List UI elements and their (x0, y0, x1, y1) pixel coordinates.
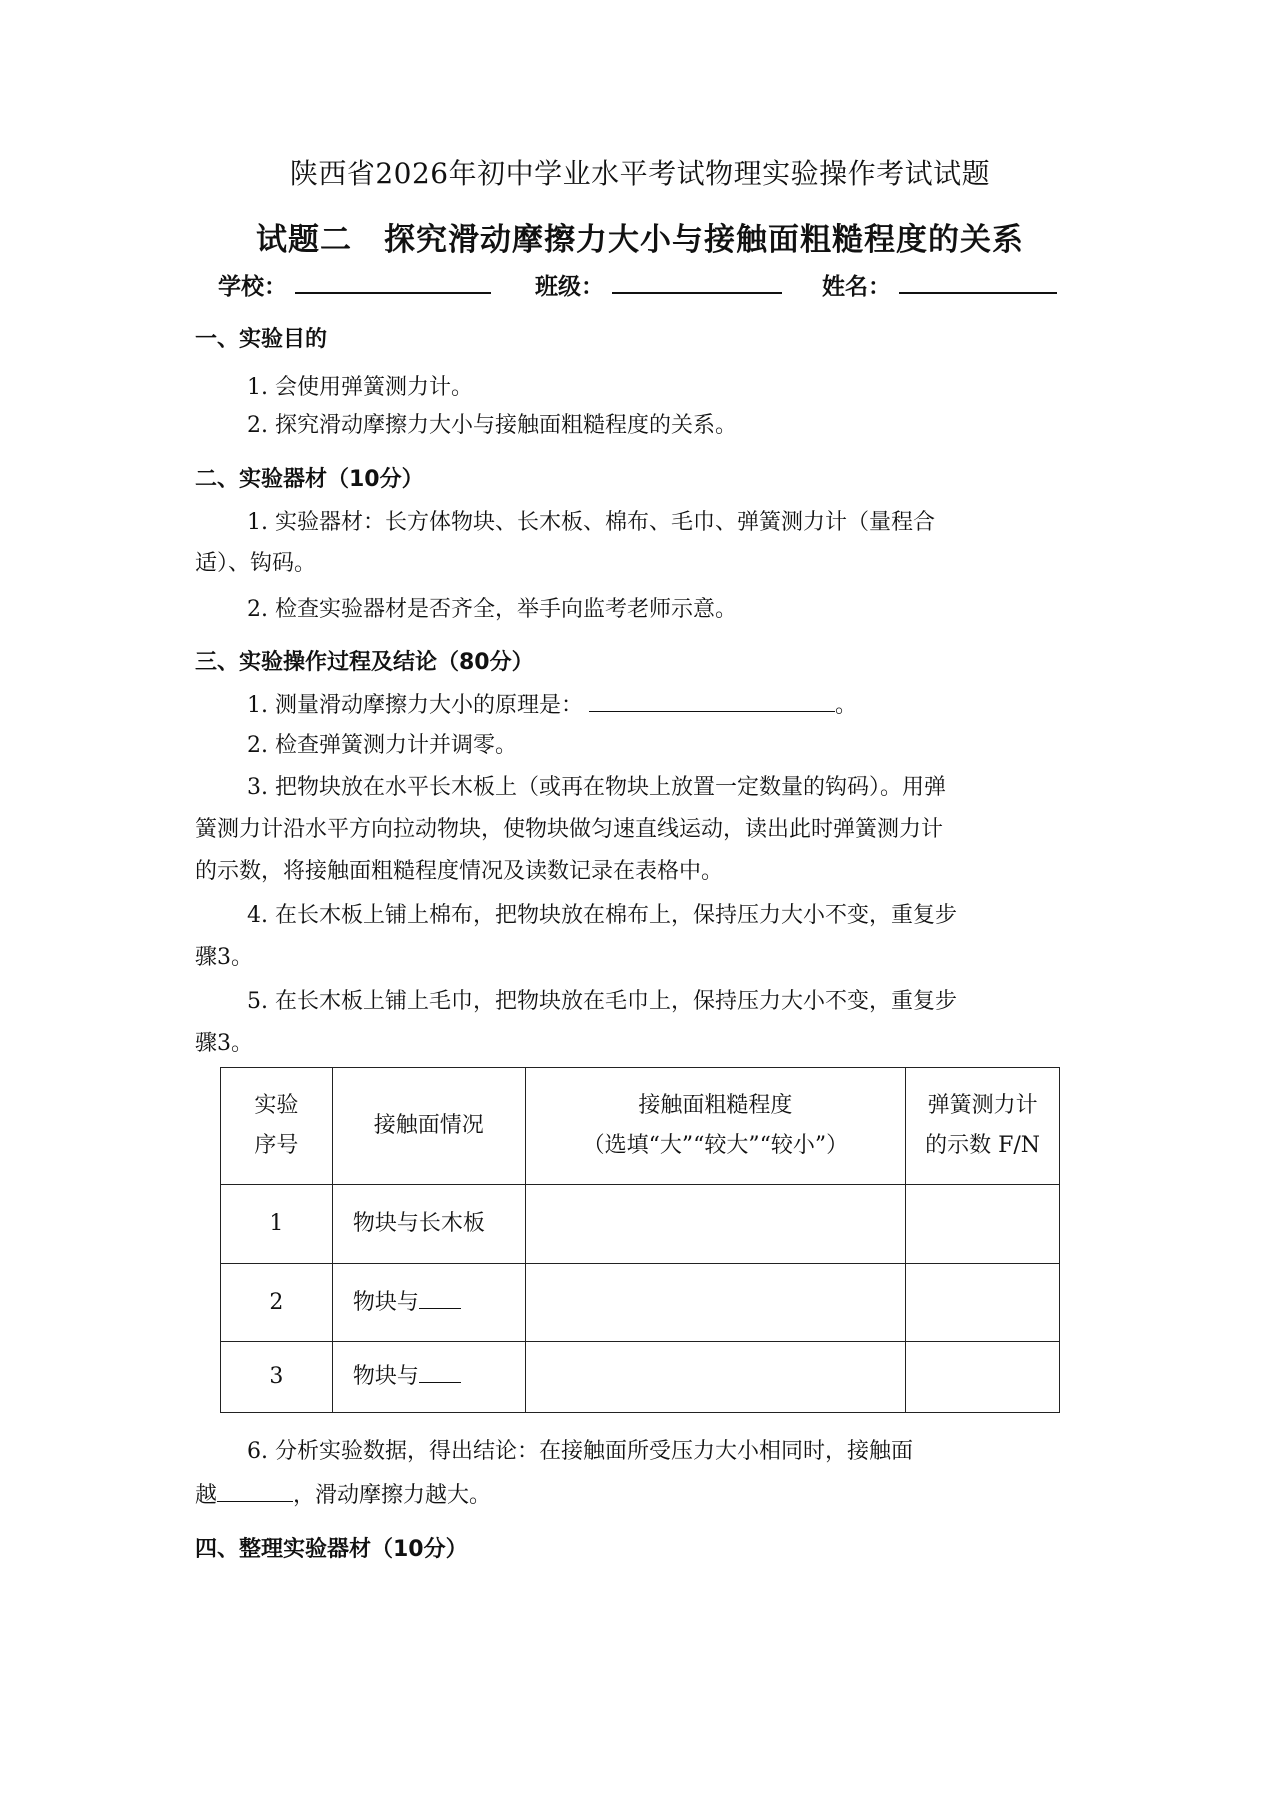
step-2: 2. 检查弹簧测力计并调零。 (247, 728, 517, 759)
step-6-line-1: 6. 分析实验数据，得出结论：在接触面所受压力大小相同时，接触面 (247, 1434, 913, 1465)
step-3-line-3: 的示数，将接触面粗糙程度情况及读数记录在表格中。 (195, 854, 723, 885)
surface-blank[interactable] (419, 1288, 461, 1309)
step-1-text: 1. 测量滑动摩擦力大小的原理是： (247, 693, 583, 718)
class-input[interactable] (612, 268, 782, 294)
data-table: 实验 序号 接触面情况 接触面粗糙程度 （选填“大”“较大”“较小”） 弹簧测力… (220, 1067, 1060, 1413)
header-surface: 接触面情况 (332, 1068, 525, 1185)
trial-no: 3 (221, 1342, 333, 1413)
table-row: 3 物块与 (221, 1342, 1060, 1413)
step-3-line-1: 3. 把物块放在水平长木板上（或再在物块上放置一定数量的钩码）。用弹 (247, 770, 946, 801)
name-input[interactable] (899, 268, 1057, 294)
principle-answer-blank[interactable] (589, 691, 835, 712)
objective-1: 1. 会使用弹簧测力计。 (247, 370, 473, 401)
surface-blank[interactable] (419, 1362, 461, 1383)
step-5-line-1: 5. 在长木板上铺上毛巾，把物块放在毛巾上，保持压力大小不变，重复步 (247, 984, 957, 1015)
table-row: 2 物块与 (221, 1264, 1060, 1342)
roughness-input[interactable] (525, 1264, 906, 1342)
equipment-check: 2. 检查实验器材是否齐全，举手向监考老师示意。 (247, 592, 737, 623)
section-1-heading: 一、实验目的 (195, 322, 327, 353)
name-field: 姓名： (822, 268, 1057, 301)
roughness-input[interactable] (525, 1185, 906, 1264)
reading-input[interactable] (906, 1342, 1060, 1413)
section-4-heading: 四、整理实验器材（10分） (195, 1532, 468, 1563)
exam-title: 陕西省2026年初中学业水平考试物理实验操作考试试题 (0, 152, 1280, 192)
header-trial-no: 实验 序号 (221, 1068, 333, 1185)
name-label: 姓名： (822, 274, 891, 300)
table-header-row: 实验 序号 接触面情况 接触面粗糙程度 （选填“大”“较大”“较小”） 弹簧测力… (221, 1068, 1060, 1185)
step-1: 1. 测量滑动摩擦力大小的原理是：。 (247, 688, 857, 719)
roughness-input[interactable] (525, 1342, 906, 1413)
school-input[interactable] (295, 268, 491, 294)
surface-cell: 物块与 (332, 1342, 525, 1413)
class-label: 班级： (535, 274, 604, 300)
trial-no: 2 (221, 1264, 333, 1342)
step-4-line-2: 骤3。 (195, 940, 253, 971)
trial-no: 1 (221, 1185, 333, 1264)
question-subtitle: 试题二 探究滑动摩擦力大小与接触面粗糙程度的关系 (0, 214, 1280, 259)
equipment-line-1: 1. 实验器材：长方体物块、长木板、棉布、毛巾、弹簧测力计（量程合 (247, 505, 935, 536)
section-2-heading: 二、实验器材（10分） (195, 462, 424, 493)
equipment-line-2: 适）、钩码。 (195, 546, 316, 577)
step-5-line-2: 骤3。 (195, 1026, 253, 1057)
header-roughness: 接触面粗糙程度 （选填“大”“较大”“较小”） (525, 1068, 906, 1185)
step-6-line-2: 越，滑动摩擦力越大。 (195, 1478, 491, 1509)
surface-cell: 物块与 (332, 1264, 525, 1342)
objective-2: 2. 探究滑动摩擦力大小与接触面粗糙程度的关系。 (247, 408, 737, 439)
step-3-line-2: 簧测力计沿水平方向拉动物块，使物块做匀速直线运动，读出此时弹簧测力计 (195, 812, 943, 843)
header-reading: 弹簧测力计 的示数 F/N (906, 1068, 1060, 1185)
surface-cell: 物块与长木板 (332, 1185, 525, 1264)
reading-input[interactable] (906, 1264, 1060, 1342)
school-label: 学校： (218, 274, 287, 300)
step-1-suffix: 。 (835, 693, 857, 718)
table-row: 1 物块与长木板 (221, 1185, 1060, 1264)
section-3-heading: 三、实验操作过程及结论（80分） (195, 645, 534, 676)
class-field: 班级： (535, 268, 782, 301)
conclusion-answer-blank[interactable] (217, 1481, 293, 1502)
school-field: 学校： (218, 268, 491, 301)
step-4-line-1: 4. 在长木板上铺上棉布，把物块放在棉布上，保持压力大小不变，重复步 (247, 898, 957, 929)
reading-input[interactable] (906, 1185, 1060, 1264)
